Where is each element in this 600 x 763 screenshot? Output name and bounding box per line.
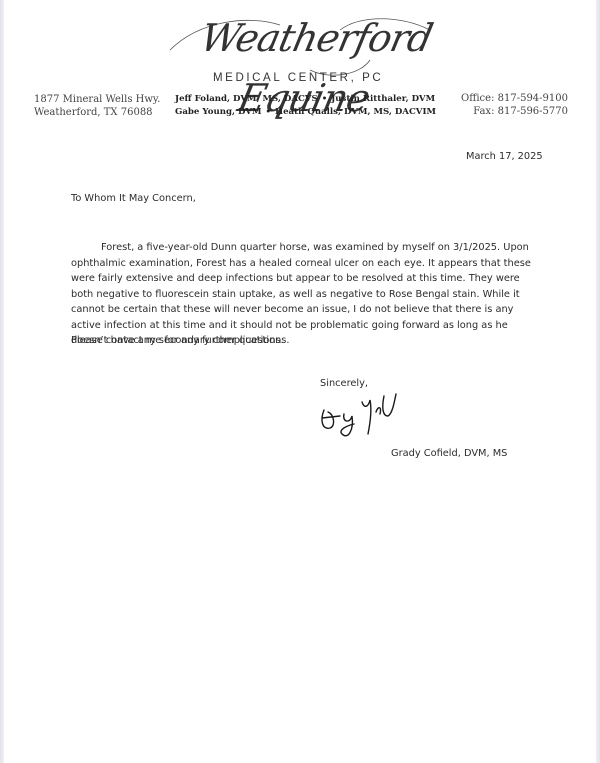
- doctor-roster: Jeff Foland, DVM, MS, DACVS•Justin Ritth…: [175, 93, 436, 119]
- fax-number: Fax: 817-596-5770: [461, 105, 568, 118]
- doctor-name: Gabe Young, DVM: [175, 107, 261, 117]
- address-line-1: 1877 Mineral Wells Hwy.: [34, 93, 160, 106]
- logo-subtitle: MEDICAL CENTER, PC: [213, 72, 383, 84]
- letter-body: Forest, a five-year-old Dunn quarter hor…: [71, 240, 541, 349]
- doctor-row-2: Gabe Young, DVM•Heath Qualls, DVM, MS, D…: [175, 106, 436, 119]
- sign-off: Sincerely,: [320, 378, 368, 389]
- address-line-2: Weatherford, TX 76088: [34, 106, 160, 119]
- doctor-name: Jeff Foland, DVM, MS, DACVS: [175, 94, 318, 104]
- doctor-name: Justin Ritthaler, DVM: [331, 94, 435, 104]
- doctor-name: Heath Qualls, DVM, MS, DACVIM: [275, 107, 436, 117]
- letterhead: Weatherford Equine MEDICAL CENTER, PC 18…: [0, 0, 600, 120]
- letter-date: March 17, 2025: [466, 151, 543, 162]
- bullet-separator: •: [261, 107, 275, 117]
- clinic-contact: Office: 817-594-9100 Fax: 817-596-5770: [461, 92, 568, 118]
- doctor-row-1: Jeff Foland, DVM, MS, DACVS•Justin Ritth…: [175, 93, 436, 106]
- signatory-name: Grady Cofield, DVM, MS: [391, 448, 507, 459]
- clinic-address: 1877 Mineral Wells Hwy. Weatherford, TX …: [34, 93, 160, 119]
- bullet-separator: •: [318, 94, 332, 104]
- closing-line: Please contact me for any further questi…: [71, 335, 290, 346]
- signature-icon: [318, 390, 408, 440]
- office-phone: Office: 817-594-9100: [461, 92, 568, 105]
- salutation: To Whom It May Concern,: [71, 193, 196, 204]
